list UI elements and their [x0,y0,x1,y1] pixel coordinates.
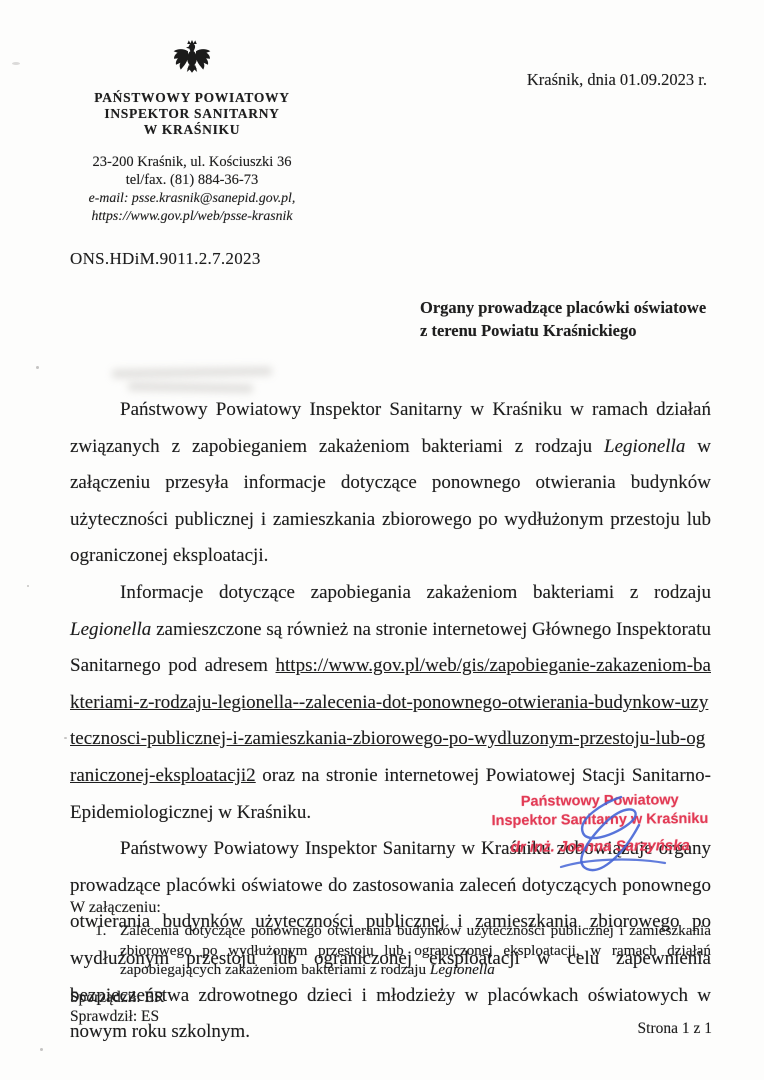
attachments-heading: W załączeniu: [70,899,161,917]
scan-speck [27,585,29,587]
website-address: https://www.gov.pl/web/psse-krasnik [74,207,310,225]
institution-line-3: W KRAŚNIKU [74,122,310,138]
polish-eagle-emblem [74,40,310,84]
institution-name: PAŃSTWOWY POWIATOWY INSPEKTOR SANITARNY … [74,90,310,138]
legionella-italic-term: Legionella [430,961,495,978]
phone-fax: tel/fax. (81) 884-36-73 [74,171,310,189]
addressee-block: Organy prowadzące placówki oświatowe z t… [420,296,706,342]
attachment-item-1: 1. Zalecenia dotyczące ponownego otwiera… [95,921,711,980]
letterhead: PAŃSTWOWY POWIATOWY INSPEKTOR SANITARNY … [74,40,310,225]
paragraph-1: Państwowy Powiatowy Inspektor Sanitarny … [70,392,711,575]
handwritten-signature [543,789,671,883]
addressee-line-2: z terenu Powiatu Kraśnickiego [420,319,706,342]
postal-address: 23-200 Kraśnik, ul. Kościuszki 36 [74,153,310,171]
document-authors: Sporządził: ER Sprawdził: ES [70,989,164,1026]
erased-text-smudge [112,367,272,379]
scan-speck [64,737,67,739]
legionella-italic-term: Legionella [604,436,685,457]
institution-line-1: PAŃSTWOWY POWIATOWY [74,90,310,106]
checked-by-line: Sprawdził: ES [70,1008,164,1027]
institution-line-2: INSPEKTOR SANITARNY [74,106,310,122]
attachment-item-text: Zalecenia dotyczące ponownego otwierania… [120,921,711,980]
email-address: e-mail: psse.krasnik@sanepid.gov.pl, [74,189,310,207]
attachment-text: Zalecenia dotyczące ponownego otwierania… [120,922,711,978]
date-line: Kraśnik, dnia 01.09.2023 r. [527,70,707,90]
contact-block: 23-200 Kraśnik, ul. Kościuszki 36 tel/fa… [74,153,310,225]
scan-speck [40,1048,43,1051]
prepared-by-line: Sporządził: ER [70,989,164,1008]
scan-speck [36,366,39,369]
addressee-line-1: Organy prowadzące placówki oświatowe [420,296,706,319]
attachment-item-number: 1. [95,921,120,980]
legionella-italic-term: Legionella [70,619,151,640]
scanned-letter-page: PAŃSTWOWY POWIATOWY INSPEKTOR SANITARNY … [0,0,764,1080]
paragraph2-text-start: Informacje dotyczące zapobiegania zakaże… [120,582,711,603]
scan-speck [12,62,20,65]
reference-number: ONS.HDiM.9011.2.7.2023 [70,249,261,269]
page-number: Strona 1 z 1 [638,1020,712,1038]
